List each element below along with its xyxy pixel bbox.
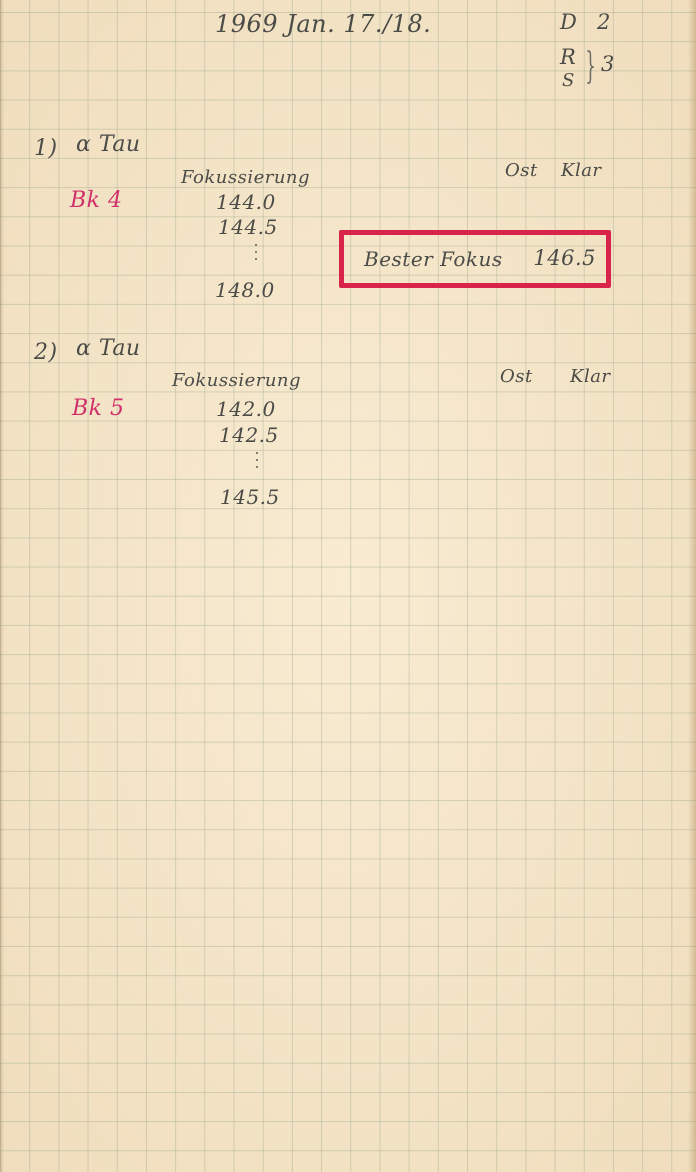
page-left-edge xyxy=(0,0,4,1172)
note-s-label: S xyxy=(562,70,575,91)
note-direction: Ost xyxy=(505,160,538,181)
column-heading: Fokussierung xyxy=(181,167,310,188)
notebook-page: 1969 Jan. 17./18. D 2 R S } 3 1) α Tau F… xyxy=(0,0,696,1172)
focus-value: 144.5 xyxy=(218,215,278,239)
focus-value: 142.5 xyxy=(219,423,279,447)
entry-index: 1) xyxy=(34,136,58,161)
page-date: 1969 Jan. 17./18. xyxy=(215,10,431,38)
entry-object: α Tau xyxy=(76,132,141,157)
note-d-value: 2 xyxy=(597,10,611,34)
column-heading: Fokussierung xyxy=(172,370,301,391)
note-sky: Klar xyxy=(561,160,602,181)
best-focus-box: Bester Fokus 146.5 xyxy=(339,230,611,288)
note-r-label: R xyxy=(560,45,576,69)
ellipsis-dots xyxy=(255,244,259,260)
focus-value: 142.0 xyxy=(216,397,276,421)
entry-object: α Tau xyxy=(76,336,141,361)
focus-value: 148.0 xyxy=(215,278,275,302)
page-right-edge xyxy=(688,0,696,1172)
entry-index: 2) xyxy=(34,340,58,365)
note-rs-value: 3 xyxy=(601,52,615,76)
focus-value: 145.5 xyxy=(220,485,280,509)
plate-label: Bk 5 xyxy=(72,396,125,421)
best-focus-label: Bester Fokus xyxy=(364,247,503,271)
plate-label: Bk 4 xyxy=(70,188,123,213)
focus-value: 144.0 xyxy=(216,190,276,214)
brace-icon: } xyxy=(585,46,596,87)
note-sky: Klar xyxy=(570,366,611,387)
note-direction: Ost xyxy=(500,366,533,387)
ellipsis-dots xyxy=(256,452,260,468)
best-focus-value: 146.5 xyxy=(533,246,596,270)
note-d-label: D xyxy=(560,10,577,34)
